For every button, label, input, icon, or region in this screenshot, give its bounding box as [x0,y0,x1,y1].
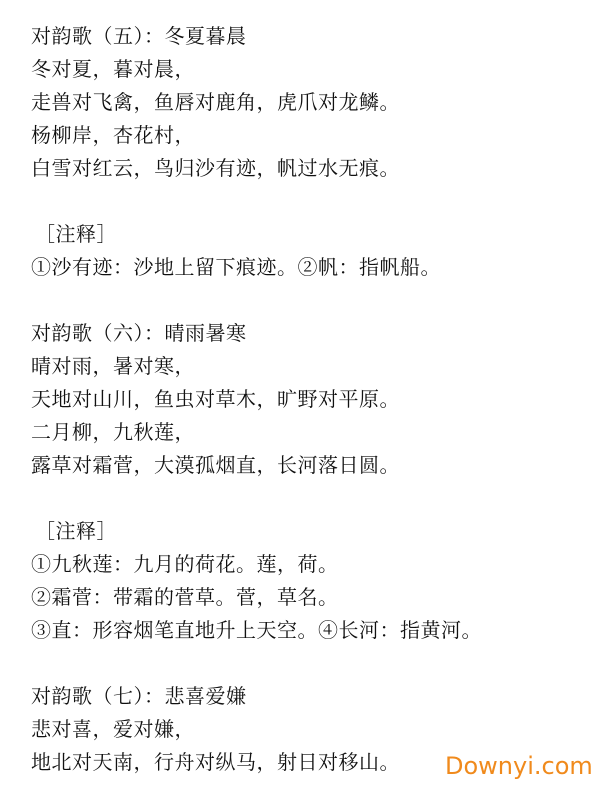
section-title: 对韵歌（七）：悲喜爱嫌 [31,680,576,713]
notes-heading: ［注释］ [31,515,576,548]
note-line: ②霜菅：带霜的菅草。菅，草名。 [31,581,576,614]
note-line: ③直：形容烟笔直地升上天空。④长河：指黄河。 [31,614,576,647]
verse-line: 走兽对飞禽，鱼唇对鹿角，虎爪对龙鳞。 [31,86,576,119]
watermark-logo: Downyi.com [445,752,591,780]
spacer [31,284,576,317]
verse-line: 露草对霜菅，大漠孤烟直，长河落日圆。 [31,449,576,482]
verse-line: 悲对喜，爱对嫌， [31,713,576,746]
spacer [31,647,576,680]
verse-line: 二月柳，九秋莲， [31,416,576,449]
section-title: 对韵歌（五）：冬夏暮晨 [31,20,576,53]
spacer [31,482,576,515]
spacer [31,185,576,218]
verse-line: 白雪对红云，鸟归沙有迹，帆过水无痕。 [31,152,576,185]
document-body: 对韵歌（五）：冬夏暮晨 冬对夏，暮对晨， 走兽对飞禽，鱼唇对鹿角，虎爪对龙鳞。 … [31,20,576,779]
verse-line: 天地对山川，鱼虫对草木，旷野对平原。 [31,383,576,416]
verse-line: 杨柳岸，杏花村， [31,119,576,152]
verse-line: 晴对雨，暑对寒， [31,350,576,383]
section-title: 对韵歌（六）：晴雨暑寒 [31,317,576,350]
note-line: ①九秋莲：九月的荷花。莲，荷。 [31,548,576,581]
note-line: ①沙有迹：沙地上留下痕迹。②帆：指帆船。 [31,251,576,284]
verse-line: 冬对夏，暮对晨， [31,53,576,86]
notes-heading: ［注释］ [31,218,576,251]
